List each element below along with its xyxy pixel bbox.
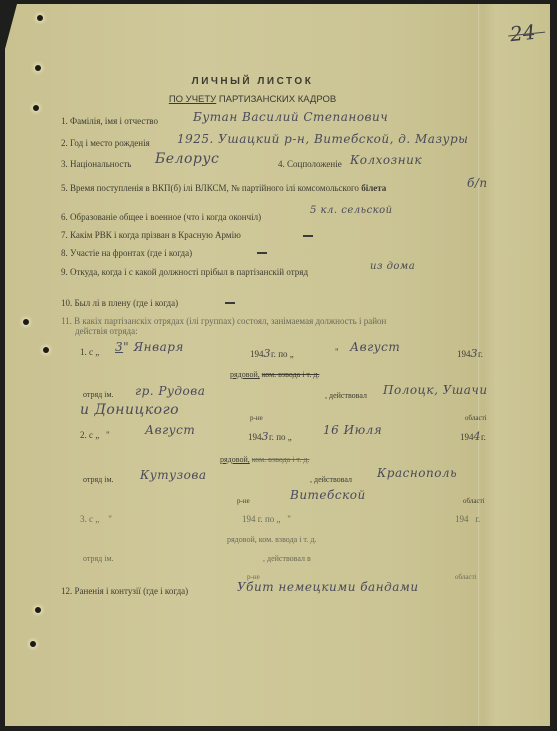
field-4-value: Колхозник [350,153,422,167]
service-2-district-label: р-не [237,497,250,505]
service-1-from-date: 3" Января [115,340,184,354]
service-1-rank-selected: рядовой, [230,370,260,379]
document-page: 24 ЛИЧНЫЙ ЛИСТОК ПО УЧЕТУ ПАРТИЗАНСКИХ К… [5,4,550,726]
service-1-from-year: 1943г. по „ [250,347,294,360]
service-1-unit-value: гр. Рудова [135,384,205,398]
field-3-label: 3. Національность [61,159,131,169]
service-2-num: 2. [80,430,87,440]
field-9-value: из дома [370,261,415,272]
field-1-label: 1. Фамілія, імя і отчество [61,116,158,126]
service-3-from: 3. с „ " [80,514,112,524]
field-5-value: б/п [467,176,488,190]
punch-hole [43,347,49,353]
service-1-from: 1. с „ [80,347,99,357]
field-12-value: Убит немецкими бандами [237,580,419,594]
service-3-to-prefix: по „ [265,514,281,524]
punch-hole [33,105,39,111]
subtitle-prefix: ПО УЧЕТУ [169,94,216,105]
service-2-from-year-digit: 3 [262,430,270,443]
service-1-from-month: Января [133,340,183,354]
service-2-acted-label: , действовал [310,475,352,484]
service-3-from-prefix: с „ [89,514,99,524]
field-5-label: 5. Время поступленія в ВКП(б) ілі ВЛКСМ,… [61,183,386,193]
service-1-to-quote: " [335,347,339,357]
service-1-to-month: Август [350,340,400,354]
punch-hole [35,607,41,613]
service-1-to-year-digit: 3 [471,347,479,360]
service-2-to-year-suffix: г. [481,432,486,442]
service-2-unit-value: Кутузова [140,468,207,482]
page-fold [477,4,480,726]
service-1-to-prefix: по „ [278,349,294,359]
service-3-to-year-suffix: г. [475,514,480,524]
service-2-to-year-prefix: 194 [460,432,474,442]
punch-hole [35,65,41,71]
service-1-rank: рядовой, ком. взвода і т. д. [230,370,319,379]
field-10-dash [225,302,235,304]
service-1-rank-struck: ком. взвода і т. д. [262,370,320,379]
service-3-from-year-value: 194 [242,514,256,524]
service-3-year-suffix: г. [258,514,263,524]
service-2-to-prefix: по „ [276,432,292,442]
service-1-region-label: області [465,414,487,422]
service-2-from-year: 1943г. по „ [248,430,292,443]
service-1-acted-value: Полоцк, Ушачи [383,383,488,397]
service-3-num: 3. [80,514,87,524]
field-7-dash [303,235,313,237]
service-1-num: 1. [80,347,87,357]
service-2-from-month: Август [145,423,195,437]
service-1-from-day: 3 [115,340,123,354]
service-1-unit-value-2: и Доницкого [80,402,179,418]
service-2-to-date: 16 Июля [323,423,382,437]
punch-hole [23,319,29,325]
service-2-to-year-digit: 4 [474,430,482,443]
field-5-label-text: 5. Время поступленія в ВКП(б) ілі ВЛКСМ,… [61,183,359,193]
field-1-value: Бутан Василий Степанович [193,110,388,124]
field-11-label-line2: действія отряда: [75,326,138,336]
service-2-rank-selected: рядовой, [220,455,250,464]
document-subtitle: ПО УЧЕТУ ПАРТИЗАНСКИХ КАДРОВ [5,94,500,105]
field-12-label: 12. Раненія і контузії (где і когда) [61,586,188,596]
service-1-to-year: 1943г. [457,347,483,360]
subtitle-rest: ПАРТИЗАНСКИХ КАДРОВ [216,94,336,105]
service-1-from-year-prefix: 194 [250,349,264,359]
document-title: ЛИЧНЫЙ ЛИСТОК [5,76,500,87]
punch-hole [30,641,36,647]
service-3-to-quote: " [287,514,291,524]
service-1-district-label: р-не [250,414,263,422]
punch-hole [37,15,43,21]
service-3-to-year: 194 г. [455,514,480,524]
service-1-from-year-digit: 3 [264,347,272,360]
field-5-label-bold: білета [361,183,386,193]
service-2-year-suffix: г. [269,432,274,442]
service-1-year-suffix: г. [271,349,276,359]
field-2-label: 2. Год і место рожденія [61,138,150,148]
service-2-from: 2. с „ " [80,430,110,440]
field-6-label: 6. Образованіе общее і военное (что і ко… [61,212,261,222]
service-2-acted-value: Краснополь [377,466,457,480]
service-2-region-value: Витебской [290,488,366,502]
service-1-acted-label: , действовал [325,391,367,400]
field-11-label-line1: 11. В какіх партізанскіх отрядах (ілі гр… [61,316,386,326]
service-1-from-prefix: с „ [89,347,99,357]
service-3-to-year-value: 194 [455,514,469,524]
service-2-rank-struck: ком. взвода і т. д. [252,455,310,464]
service-3-region-label: області [455,573,477,581]
field-4-label: 4. Соцположеніе [278,159,342,169]
service-3-from-quote: " [108,514,112,524]
service-2-rank: рядовой, ком. взвода і т. д. [220,455,309,464]
service-3-from-year: 194 г. по „ " [242,514,291,524]
service-1-to-year-suffix: г. [478,349,483,359]
service-1-to-year-prefix: 194 [457,349,471,359]
field-7-label: 7. Какім РВК і когда прізван в Красную А… [61,230,241,240]
field-9-label: 9. Откуда, когда і с какой должності прі… [61,267,308,277]
service-3-unit-label: отряд ім. [83,554,114,563]
service-3-acted-label: , действовал в [263,554,311,563]
service-2-region-label: області [463,497,485,505]
field-6-value: 5 кл. сельской [310,205,393,216]
field-8-label: 8. Участіе на фронтах (где і когда) [61,248,192,258]
field-8-dash [257,252,267,254]
field-2-value: 1925. Ушацкий р-н, Витебской, д. Мазуры [177,132,468,146]
service-1-unit-label: отряд ім. [83,390,114,399]
page-number: 24 [509,20,537,47]
service-2-from-prefix: с „ [89,430,99,440]
field-10-label: 10. Был лі в плену (где і когда) [61,298,178,308]
service-2-from-quote: " [106,430,110,440]
service-2-to-day: 16 [323,423,339,437]
field-3-value: Белорус [155,151,219,167]
service-3-rank: рядовой, ком. взвода і т. д. [227,535,316,544]
service-2-to-year: 1944г. [460,430,486,443]
service-2-to-month: Июля [344,423,383,437]
service-2-unit-label: отряд ім. [83,475,114,484]
service-2-from-year-prefix: 194 [248,432,262,442]
